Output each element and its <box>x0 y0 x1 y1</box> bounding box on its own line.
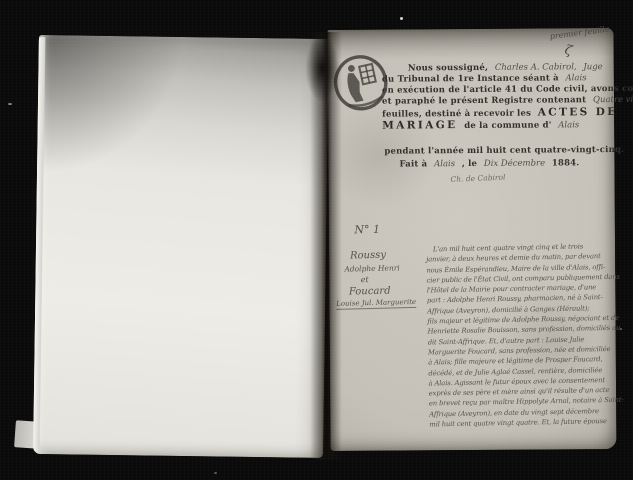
dust-speck <box>214 472 217 474</box>
handwritten-place: Alais <box>434 159 455 169</box>
printed-text: de la commune d' <box>464 120 551 131</box>
blank-left-page <box>33 35 329 458</box>
handwritten-place: Alais <box>565 73 586 83</box>
groom-surname: Roussy <box>350 250 386 262</box>
header-line-3: en exécution de l'article 41 du Code civ… <box>382 84 633 96</box>
handwritten-place: Alais <box>558 120 579 130</box>
microfilm-scan: premier feuille ζ Nous soussigné, Charle… <box>0 0 633 480</box>
printed-year: 1884. <box>552 158 580 168</box>
handwritten-judge-title: Juge <box>583 62 602 72</box>
act-body-handwriting: L'an mil huit cent quatre vingt cinq et … <box>426 241 618 430</box>
printed-header: Nous soussigné, Charles A. Cabirol, Juge… <box>382 62 616 64</box>
handwritten-sheet-count: Quatre vingt quinze <box>593 95 633 106</box>
actes-de-caps: ACTES DE <box>538 106 618 119</box>
handwritten-judge-name: Charles A. Cabirol, <box>495 62 577 73</box>
judge-signature: Ch. de Cabirol <box>382 173 505 187</box>
header-line-2: du Tribunal de 1re Instance séant à Alai… <box>382 73 591 84</box>
dust-speck <box>8 103 12 105</box>
header-year-line: pendant l'année mil huit cent quatre-vin… <box>382 145 624 157</box>
conjunction-et: et <box>361 275 369 284</box>
header-line-4: et paraphé le présent Registre contenant… <box>382 95 633 107</box>
page-edge-highlight <box>33 37 46 452</box>
ink-flourish-icon: ζ <box>563 43 573 59</box>
header-date-line: Fait à Alais , le Dix Décembre 1884. <box>382 158 579 169</box>
dust-speck <box>400 17 403 20</box>
printed-text: en exécution de l'article 41 du Code civ… <box>382 84 633 96</box>
gutter-shadow-blob <box>298 30 346 126</box>
printed-text: pendant l'année mil huit cent quatre-vin… <box>384 145 624 157</box>
printed-text: Nous soussigné, <box>408 63 488 74</box>
handwritten-date: Dix Décembre <box>484 158 545 168</box>
act-line: mil huit cent quatre vingt quatre. Et, l… <box>429 416 617 430</box>
bride-surname: Foucard <box>349 286 391 298</box>
groom-firstnames: Adolphe Henri <box>344 263 400 273</box>
mariage-caps: MARIAGE <box>382 119 457 132</box>
printed-text: , le <box>462 159 477 169</box>
printed-text: du Tribunal de 1re Instance séant à <box>382 73 559 84</box>
header-line-6: MARIAGE de la commune d' Alais <box>382 118 579 131</box>
act-number: N° 1 <box>354 223 380 237</box>
corner-annotation: premier feuille <box>549 24 610 41</box>
bride-firstnames: Louise Jul. Marguerite <box>336 298 416 310</box>
header-line-1: Nous soussigné, Charles A. Cabirol, Juge <box>382 62 603 74</box>
header-line-5: feuilles, destiné à recevoir les ACTES D… <box>382 106 622 120</box>
register-title-page: premier feuille ζ Nous soussigné, Charle… <box>328 28 617 451</box>
printed-text: Fait à <box>399 159 427 169</box>
printed-text: et paraphé le présent Registre contenant <box>382 95 586 106</box>
